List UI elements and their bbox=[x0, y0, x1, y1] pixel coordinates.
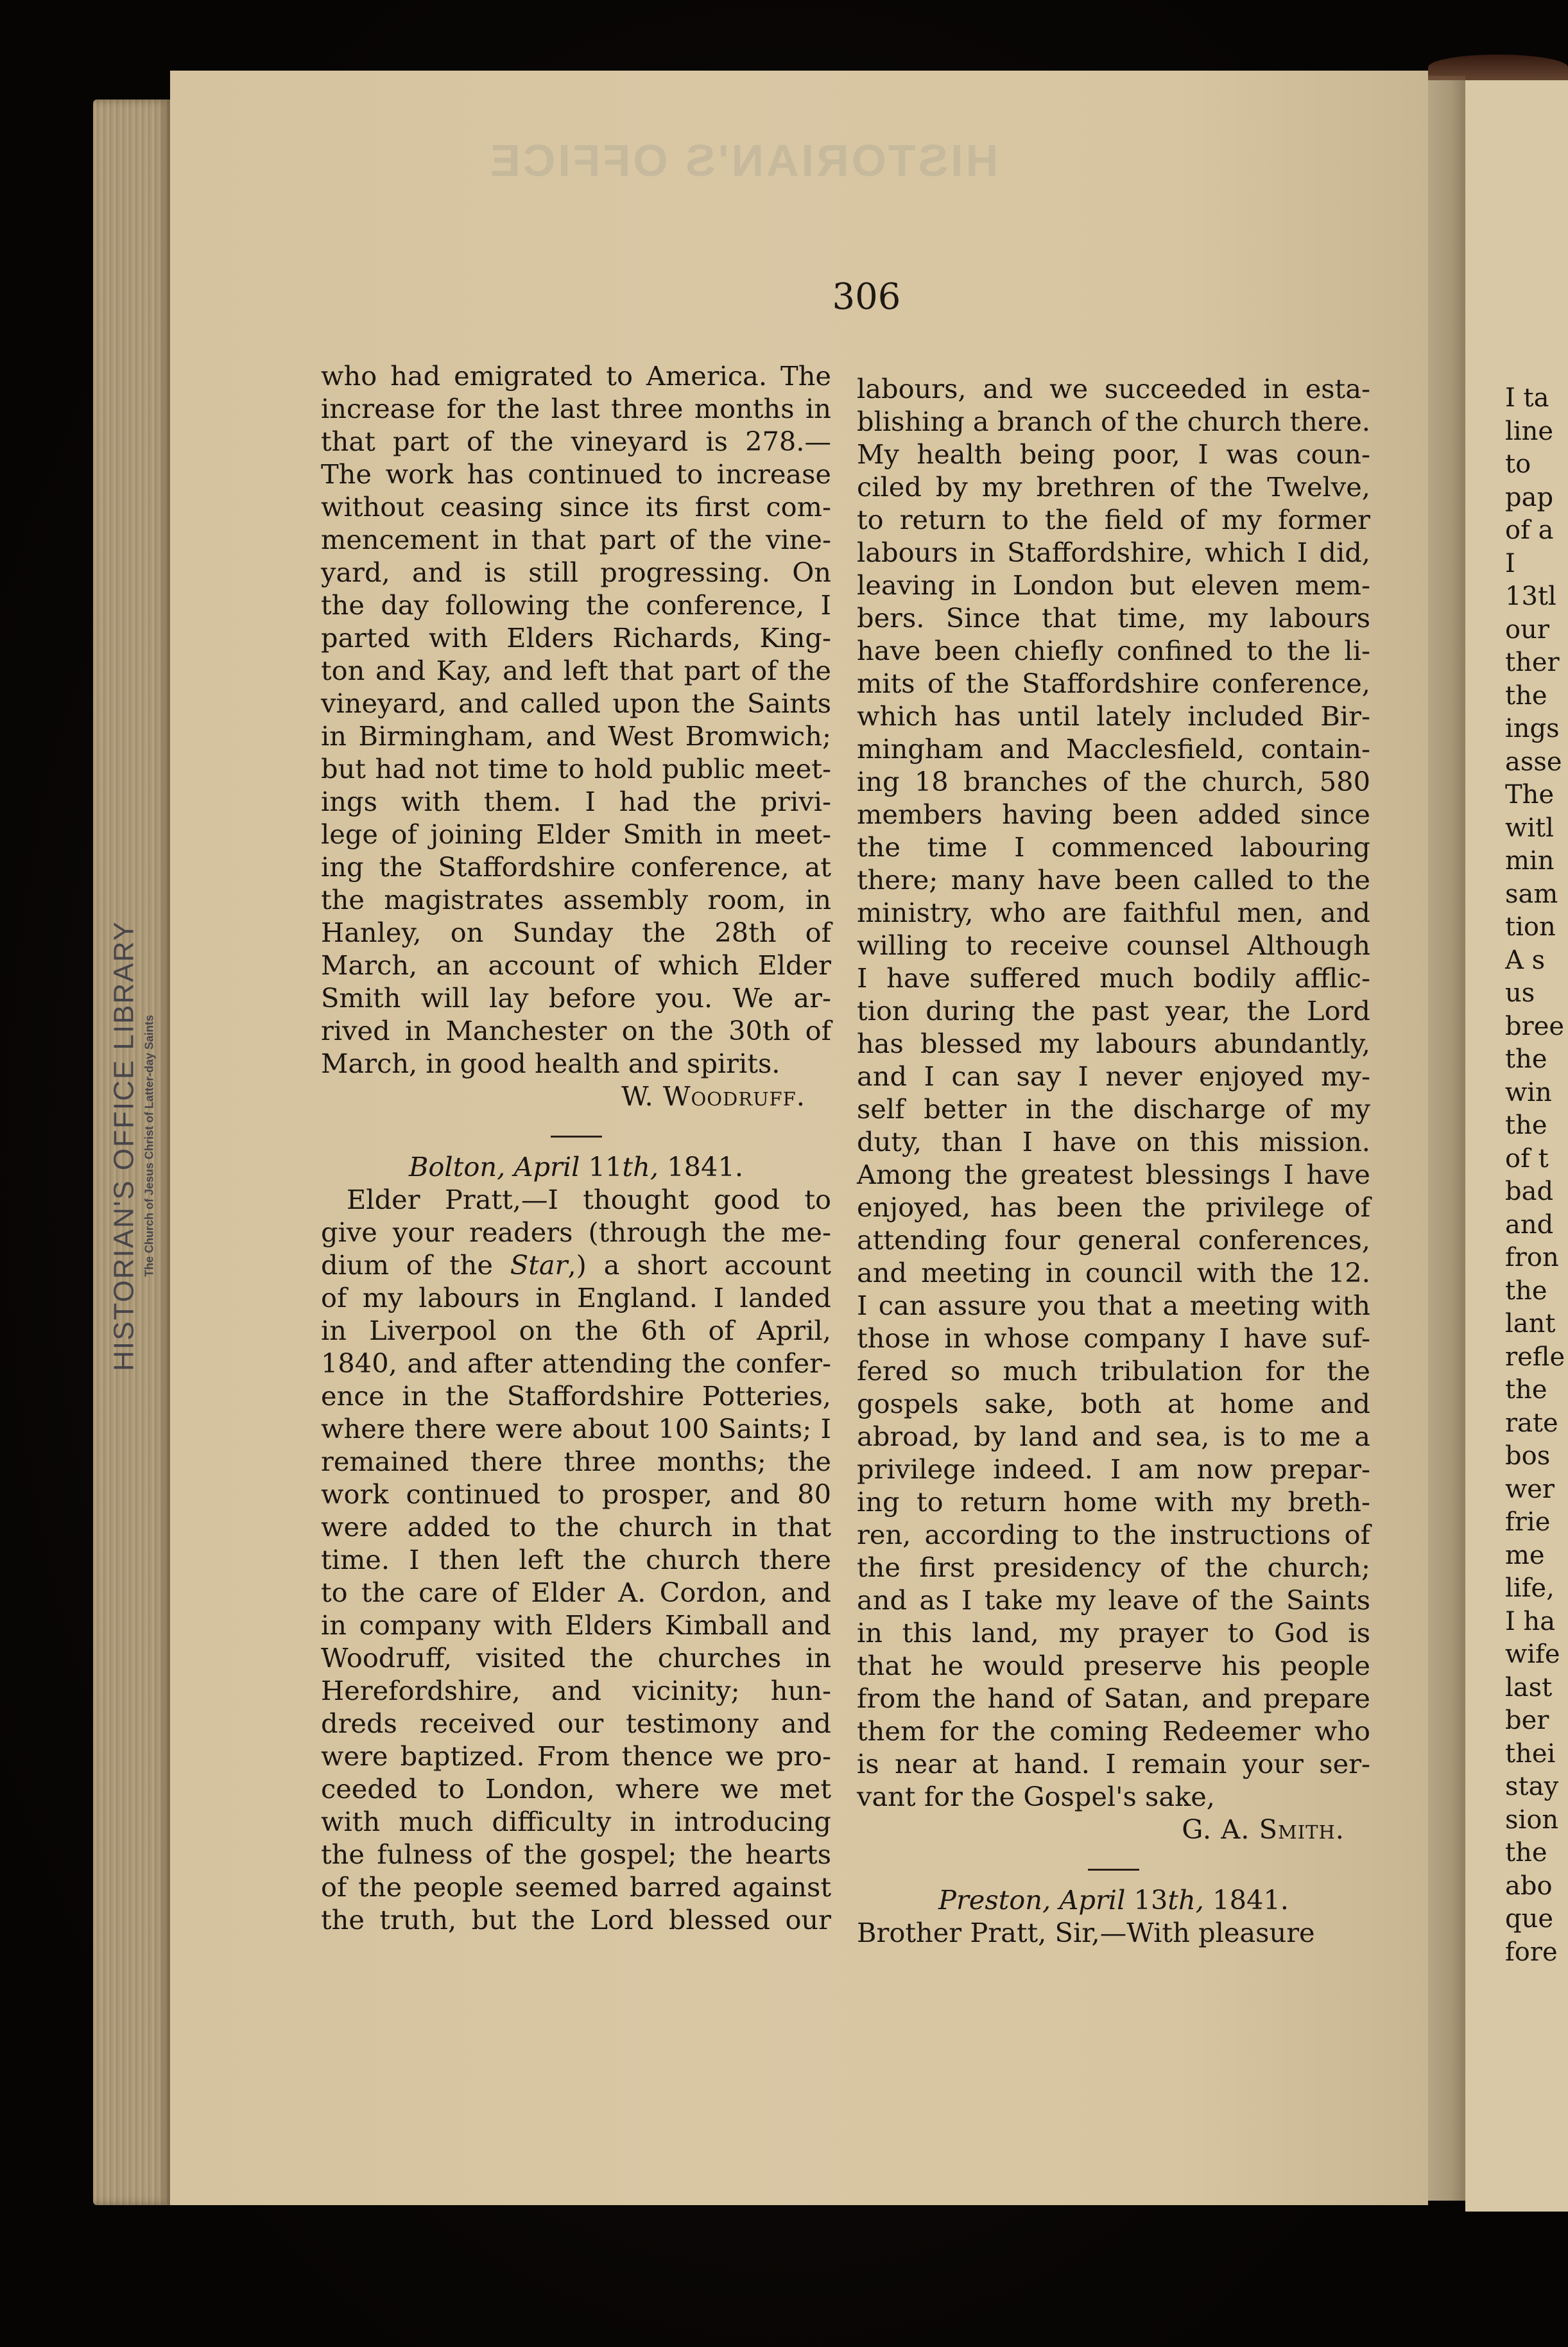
dateline-day: 13 bbox=[1134, 1884, 1168, 1916]
facing-text-fragment: the bbox=[1505, 1043, 1568, 1077]
dateline-day: 11 bbox=[589, 1151, 623, 1182]
section-divider bbox=[1088, 1869, 1139, 1871]
text-line: with much difficulty in introducing bbox=[321, 1805, 831, 1838]
text-line: where there were about 100 Saints; I bbox=[321, 1412, 831, 1445]
text-line: were added to the church in that bbox=[321, 1511, 831, 1543]
text-line: in this land, my prayer to God is bbox=[857, 1616, 1370, 1649]
facing-text-fragment: of a bbox=[1505, 514, 1568, 548]
facing-text-fragment: asse bbox=[1505, 746, 1568, 779]
library-stamp-subtitle: The Church of Jesus Christ of Latter-day… bbox=[143, 921, 157, 1371]
dateline-month: April bbox=[513, 1151, 580, 1182]
dateline-day-suffix: th, bbox=[622, 1151, 659, 1182]
facing-text-fragment: stay bbox=[1505, 1771, 1568, 1804]
text-line: were baptized. From thence we pro- bbox=[321, 1740, 831, 1772]
dateline-place: Bolton, bbox=[409, 1151, 505, 1182]
text-line: ings with them. I had the privi- bbox=[321, 785, 831, 818]
text-line: give your readers (through the me- bbox=[321, 1216, 831, 1249]
text-line: blishing a branch of the church there. bbox=[857, 405, 1370, 438]
dateline-preston: Preston, April 13th, 1841. bbox=[857, 1884, 1370, 1916]
facing-text-fragment: to bbox=[1505, 448, 1568, 481]
text-line: and meeting in council with the 12. bbox=[857, 1256, 1370, 1289]
smith-letter-body: Elder Pratt,—I thought good togive your … bbox=[321, 1183, 831, 1936]
text-line: the day following the conference, I bbox=[321, 589, 831, 621]
facing-text-fragment: the bbox=[1505, 1109, 1568, 1143]
facing-text-fragment: lant bbox=[1505, 1308, 1568, 1341]
facing-text-fragment: and bbox=[1505, 1209, 1568, 1242]
book-fore-edge: HISTORIAN'S OFFICE LIBRARY The Church of… bbox=[93, 100, 171, 2205]
facing-text-fragment: ber bbox=[1505, 1704, 1568, 1738]
facing-text-fragment: I ha bbox=[1505, 1606, 1568, 1639]
text-line: to return to the field of my former bbox=[857, 503, 1370, 536]
dateline-year: 1841. bbox=[667, 1151, 743, 1182]
text-line: tion during the past year, the Lord bbox=[857, 994, 1370, 1027]
text-line: who had emigrated to America. The bbox=[321, 359, 831, 392]
publication-title: Star bbox=[510, 1249, 568, 1281]
facing-page-text: I talinetopapof a I13tlourthertheingsass… bbox=[1505, 382, 1568, 1969]
text-line: Elder Pratt,—I thought good to bbox=[321, 1183, 831, 1216]
text-line: Hanley, on Sunday the 28th of bbox=[321, 916, 831, 949]
text-line: is near at hand. I remain your ser- bbox=[857, 1747, 1370, 1780]
text-line: in Liverpool on the 6th of April, bbox=[321, 1314, 831, 1347]
facing-text-fragment: thei bbox=[1505, 1738, 1568, 1771]
library-stamp-text: HISTORIAN'S OFFICE LIBRARY The Church of… bbox=[108, 921, 157, 1371]
text-line: of the people seemed barred against bbox=[321, 1871, 831, 1903]
text-line: have been chiefly confined to the li- bbox=[857, 634, 1370, 667]
text-line: remained there three months; the bbox=[321, 1445, 831, 1478]
facing-text-fragment: A s bbox=[1505, 944, 1568, 978]
text-line: but had not time to hold public meet- bbox=[321, 752, 831, 785]
facing-text-fragment: I ta bbox=[1505, 382, 1568, 415]
text-line: dreds received our testimony and bbox=[321, 1707, 831, 1740]
signature-smith: G. A. Smith. bbox=[857, 1813, 1370, 1846]
dateline-year: 1841. bbox=[1212, 1884, 1289, 1916]
facing-text-fragment: The bbox=[1505, 779, 1568, 812]
text-line: ing the Staffordshire conference, at bbox=[321, 851, 831, 883]
facing-text-fragment: rate bbox=[1505, 1407, 1568, 1441]
facing-text-fragment: bad bbox=[1505, 1175, 1568, 1209]
text-line: the magistrates assembly room, in bbox=[321, 883, 831, 916]
text-line: I can assure you that a meeting with bbox=[857, 1289, 1370, 1322]
text-line: the truth, but the Lord blessed our bbox=[321, 1903, 831, 1936]
text-line: the fulness of the gospel; the hearts bbox=[321, 1838, 831, 1871]
facing-text-fragment: ings bbox=[1505, 713, 1568, 746]
text-line: ing 18 branches of the church, 580 bbox=[857, 765, 1370, 798]
text-line: Smith will lay before you. We ar- bbox=[321, 982, 831, 1014]
facing-text-fragment: sam bbox=[1505, 878, 1568, 912]
facing-text-fragment: 13tl bbox=[1505, 580, 1568, 614]
text-line: Herefordshire, and vicinity; hun- bbox=[321, 1674, 831, 1707]
text-line: ren, according to the instructions of bbox=[857, 1518, 1370, 1551]
facing-text-fragment: abo bbox=[1505, 1870, 1568, 1903]
text-line: mits of the Staffordshire conference, bbox=[857, 667, 1370, 700]
binding-edge bbox=[1428, 55, 1568, 80]
facing-text-fragment: the bbox=[1505, 1275, 1568, 1308]
facing-text-fragment: the bbox=[1505, 1374, 1568, 1407]
text-line: March, in good health and spirits. bbox=[321, 1047, 831, 1080]
text-line: fered so much tribulation for the bbox=[857, 1355, 1370, 1387]
text-line: time. I then left the church there bbox=[321, 1543, 831, 1576]
facing-text-fragment: of t bbox=[1505, 1143, 1568, 1176]
text-line: The work has continued to increase bbox=[321, 458, 831, 490]
text-line: and as I take my leave of the Saints bbox=[857, 1584, 1370, 1616]
text-line: of my labours in England. I landed bbox=[321, 1281, 831, 1314]
text-line: leaving in London but eleven mem- bbox=[857, 569, 1370, 602]
text-line: mencement in that part of the vine- bbox=[321, 523, 831, 556]
text-line: and I can say I never enjoyed my- bbox=[857, 1060, 1370, 1093]
text-line: lege of joining Elder Smith in meet- bbox=[321, 818, 831, 851]
text-line: March, an account of which Elder bbox=[321, 949, 831, 982]
text-line: labours, and we succeeded in esta- bbox=[857, 372, 1370, 405]
text-line: work continued to prosper, and 80 bbox=[321, 1478, 831, 1511]
section-divider bbox=[551, 1136, 602, 1138]
text-line: My health being poor, I was coun- bbox=[857, 438, 1370, 471]
text-line: gospels sake, both at home and bbox=[857, 1387, 1370, 1420]
facing-text-fragment: fron bbox=[1505, 1242, 1568, 1275]
text-line: Among the greatest blessings I have bbox=[857, 1158, 1370, 1191]
text-line: mingham and Macclesfield, contain- bbox=[857, 732, 1370, 765]
text-line: there; many have been called to the bbox=[857, 863, 1370, 896]
text-line: the first presidency of the church; bbox=[857, 1551, 1370, 1584]
text-line: dium of the Star,) a short account bbox=[321, 1249, 831, 1281]
facing-text-fragment: I bbox=[1505, 548, 1568, 581]
facing-text-fragment: us bbox=[1505, 977, 1568, 1010]
text-line: that he would preserve his people bbox=[857, 1649, 1370, 1682]
library-stamp: HISTORIAN'S OFFICE LIBRARY The Church of… bbox=[93, 100, 171, 2205]
text-line: those in whose company I have suf- bbox=[857, 1322, 1370, 1355]
text-line: from the hand of Satan, and prepare bbox=[857, 1682, 1370, 1715]
bleed-through-text: HISTORIAN'S OFFICE bbox=[488, 135, 998, 186]
dateline-place: Preston, bbox=[938, 1884, 1051, 1916]
text-line: privilege indeed. I am now prepar- bbox=[857, 1453, 1370, 1485]
text-line: self better in the discharge of my bbox=[857, 1093, 1370, 1125]
facing-text-fragment: sion bbox=[1505, 1804, 1568, 1837]
text-line: bers. Since that time, my labours bbox=[857, 602, 1370, 634]
facing-text-fragment: our bbox=[1505, 614, 1568, 647]
facing-text-fragment: the bbox=[1505, 1837, 1568, 1870]
text-line: has blessed my labours abundantly, bbox=[857, 1027, 1370, 1060]
text-line: parted with Elders Richards, King- bbox=[321, 621, 831, 654]
facing-text-fragment: win bbox=[1505, 1077, 1568, 1110]
text-line: in Birmingham, and West Bromwich; bbox=[321, 720, 831, 752]
text-line: increase for the last three months in bbox=[321, 392, 831, 425]
facing-text-fragment: the bbox=[1505, 680, 1568, 713]
facing-text-fragment: fore bbox=[1505, 1936, 1568, 1970]
facing-text-fragment: witl bbox=[1505, 812, 1568, 845]
book-gutter bbox=[1428, 76, 1465, 2201]
text-line: enjoyed, has been the privilege of bbox=[857, 1191, 1370, 1224]
text-line: to the care of Elder A. Cordon, and bbox=[321, 1576, 831, 1609]
text-line: yard, and is still progressing. On bbox=[321, 556, 831, 589]
letter-opening: Brother Pratt, Sir,—With pleasure bbox=[857, 1916, 1370, 1949]
text-line: which has until lately included Bir- bbox=[857, 700, 1370, 732]
text-line: ciled by my brethren of the Twelve, bbox=[857, 471, 1370, 503]
facing-text-fragment: tion bbox=[1505, 911, 1568, 944]
text-line: ceeded to London, where we met bbox=[321, 1772, 831, 1805]
library-stamp-title: HISTORIAN'S OFFICE LIBRARY bbox=[108, 921, 141, 1371]
signature-woodruff: W. Woodruff. bbox=[321, 1080, 831, 1113]
facing-text-fragment: line bbox=[1505, 415, 1568, 449]
left-column: who had emigrated to America. Theincreas… bbox=[321, 359, 831, 1936]
facing-text-fragment: life, bbox=[1505, 1572, 1568, 1606]
page-number: 306 bbox=[828, 276, 905, 318]
text-line: willing to receive counsel Although bbox=[857, 929, 1370, 962]
text-line: 1840, and after attending the confer- bbox=[321, 1347, 831, 1380]
facing-text-fragment: me bbox=[1505, 1539, 1568, 1573]
text-line: ing to return home with my breth- bbox=[857, 1485, 1370, 1518]
dateline-month: April bbox=[1059, 1884, 1125, 1916]
text-line: members having been added since bbox=[857, 798, 1370, 831]
facing-text-fragment: refle bbox=[1505, 1341, 1568, 1374]
dateline-day-suffix: th, bbox=[1167, 1884, 1204, 1916]
smith-letter-continued: labours, and we succeeded in esta-blishi… bbox=[857, 372, 1370, 1813]
text-line: ence in the Staffordshire Potteries, bbox=[321, 1380, 831, 1412]
text-line: rived in Manchester on the 30th of bbox=[321, 1014, 831, 1047]
text-line: duty, than I have on this mission. bbox=[857, 1125, 1370, 1158]
text-line: without ceasing since its first com- bbox=[321, 490, 831, 523]
facing-text-fragment: que bbox=[1505, 1903, 1568, 1936]
text-line: attending four general conferences, bbox=[857, 1224, 1370, 1256]
text-line: I have suffered much bodily afflic- bbox=[857, 962, 1370, 994]
text-line: the time I commenced labouring bbox=[857, 831, 1370, 863]
text-line: ton and Kay, and left that part of the bbox=[321, 654, 831, 687]
woodruff-letter-ending: who had emigrated to America. Theincreas… bbox=[321, 359, 831, 1080]
text-line: that part of the vineyard is 278.— bbox=[321, 425, 831, 458]
text-line: abroad, by land and sea, is to me a bbox=[857, 1420, 1370, 1453]
text-line: Woodruff, visited the churches in bbox=[321, 1641, 831, 1674]
text-line: labours in Staffordshire, which I did, bbox=[857, 536, 1370, 569]
facing-text-fragment: frie bbox=[1505, 1506, 1568, 1539]
facing-text-fragment: ther bbox=[1505, 646, 1568, 680]
facing-text-fragment: pap bbox=[1505, 481, 1568, 515]
text-line: them for the coming Redeemer who bbox=[857, 1715, 1370, 1747]
text-line: ministry, who are faithful men, and bbox=[857, 896, 1370, 929]
right-column: labours, and we succeeded in esta-blishi… bbox=[857, 372, 1370, 1949]
facing-text-fragment: bree bbox=[1505, 1010, 1568, 1044]
text-line: in company with Elders Kimball and bbox=[321, 1609, 831, 1641]
text-line: vineyard, and called upon the Saints bbox=[321, 687, 831, 720]
dateline-bolton: Bolton, April 11th, 1841. bbox=[321, 1150, 831, 1183]
facing-text-fragment: last bbox=[1505, 1672, 1568, 1705]
facing-text-fragment: min bbox=[1505, 845, 1568, 878]
facing-text-fragment: wife bbox=[1505, 1638, 1568, 1672]
facing-text-fragment: wer bbox=[1505, 1473, 1568, 1507]
facing-text-fragment: bos bbox=[1505, 1440, 1568, 1473]
text-line: vant for the Gospel's sake, bbox=[857, 1780, 1370, 1813]
